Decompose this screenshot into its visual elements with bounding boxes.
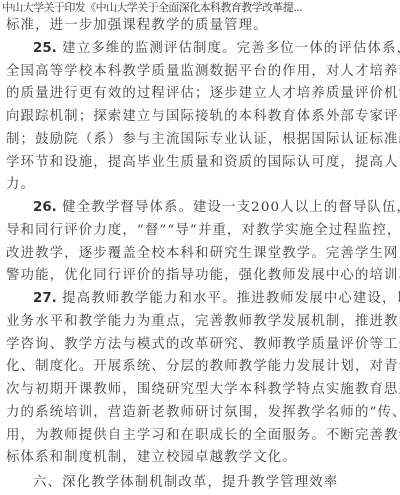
paragraph-number: 27.: [33, 291, 57, 306]
text-line: 标体系和制度机制，建立校园卓越教学文化。: [6, 447, 394, 454]
text-line: 化、制度化。开展系统、分层的教师教学能力发展计划，对青年教师及首: [6, 356, 394, 379]
text-line: 的质量进行更有效的过程评估；逐步建立人才培养质量评价机制和毕业去: [6, 83, 394, 106]
paragraph-number: 26.: [33, 200, 57, 215]
text-line: 全国高等学校本科教学质量监测数据平台的作用，对人才培养和本科教学: [6, 61, 394, 84]
text-line: 26. 健全教学督导体系。建设一支200人以上的督导队伍，加大教学督: [6, 197, 394, 220]
paragraph-26: 26. 健全教学督导体系。建设一支200人以上的督导队伍，加大教学督 导和同行评…: [6, 197, 394, 288]
text-line: 力的系统培训，营造新老教师研讨氛围，发挥教学名师的“传、帮、带”作: [6, 402, 394, 425]
text-line: 标准，进一步加强课程教学的质量管理。: [6, 15, 394, 38]
text-line: 导和同行评价力度，“督”“导”并重，对教学实施全过程监控，促进教师及时: [6, 220, 394, 243]
text-line: 25. 建立多维的监测评估制度。完善多位一体的评估体系，充分发挥: [6, 38, 394, 61]
text-line: 力。: [6, 174, 394, 197]
lead-line: 标准，进一步加强课程教学的质量管理。: [6, 15, 394, 38]
document-body: 标准，进一步加强课程教学的质量管理。 25. 建立多维的监测评估制度。完善多位一…: [6, 15, 394, 454]
text-line: 制；鼓励院（系）参与主流国际专业认证，根据国际认证标准改造相关教: [6, 129, 394, 152]
text-line: 27. 提高教师教学能力和水平。推进教师发展中心建设，以提高教师: [6, 288, 394, 311]
text-line: 业务水平和教学能力为重点，完善教师教学发展机制，推进教师培训、教: [6, 311, 394, 334]
text-line: 向跟踪机制；探索建立与国际接轨的本科教育体系外部专家评估、咨询机: [6, 106, 394, 129]
document-title: 中山大学关于印发《中山大学关于全面深化本科教育教学改革提...: [2, 1, 398, 15]
text-line: 用，为教师提供自主学习和在职成长的全面服务。不断完善教学督导的指: [6, 425, 394, 448]
paragraph-number: 25.: [33, 41, 57, 56]
paragraph-27: 27. 提高教师教学能力和水平。推进教师发展中心建设，以提高教师 业务水平和教学…: [6, 288, 394, 454]
text-line: 改进教学，逐步覆盖全校本科和研究生课堂教学。完善学生网上评教的预: [6, 243, 394, 266]
text-line: 次与初期开课教师，围绕研究型大学本科教学特点实施教育思想和教学能: [6, 379, 394, 402]
text-line: 学环节和设施，提高毕业生质量和资质的国际认可度，提高人才培养竞争: [6, 152, 394, 175]
paragraph-25: 25. 建立多维的监测评估制度。完善多位一体的评估体系，充分发挥 全国高等学校本…: [6, 38, 394, 197]
text-line: 学咨询、教学方法与模式的改革研究、教师教学质量评价等工作的常态: [6, 334, 394, 357]
text-line: 警功能，优化同行评价的指导功能，强化教师发展中心的培训功能。: [6, 265, 394, 288]
